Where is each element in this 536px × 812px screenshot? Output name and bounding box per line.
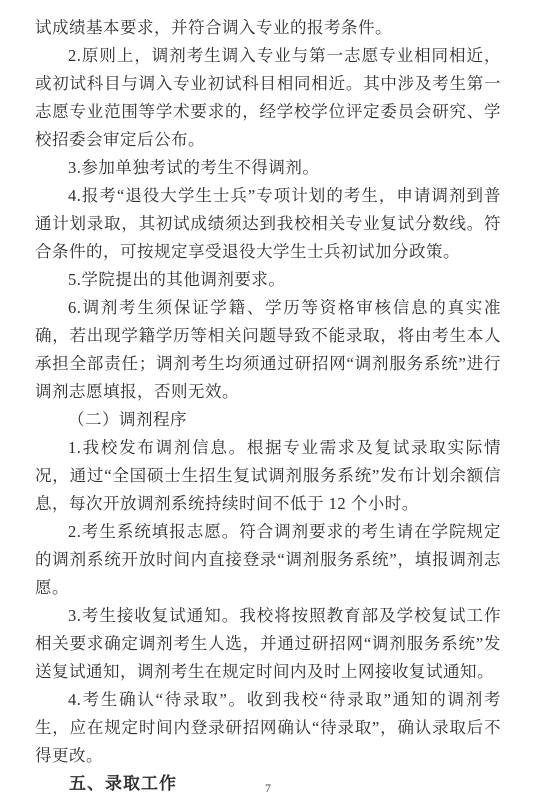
paragraph: 4.考生确认“待录取”。收到我校“待录取”通知的调剂考生，应在规定时间内登录研招… xyxy=(35,686,501,770)
paragraph: 1.我校发布调剂信息。根据专业需求及复试录取实际情况，通过“全国硕士生招生复试调… xyxy=(35,434,501,518)
paragraph: 3.考生接收复试通知。我校将按照教育部及学校复试工作相关要求确定调剂考生人选，并… xyxy=(35,602,501,686)
paragraph: 4.报考“退役大学生士兵”专项计划的考生，申请调剂到普通计划录取，其初试成绩须达… xyxy=(35,182,501,266)
paragraph: 6.调剂考生须保证学籍、学历等资格审核信息的真实准确，若出现学籍学历等相关问题导… xyxy=(35,294,501,406)
document-body: 试成绩基本要求，并符合调入专业的报考条件。 2.原则上，调剂考生调入专业与第一志… xyxy=(35,14,501,798)
paragraph: 5.学院提出的其他调剂要求。 xyxy=(35,266,501,294)
paragraph: 2.原则上，调剂考生调入专业与第一志愿专业相同相近，或初试科目与调入专业初试科目… xyxy=(35,42,501,154)
paragraph: （二）调剂程序 xyxy=(35,406,501,434)
page-footer: 7 xyxy=(0,781,536,796)
paragraph: 3.参加单独考试的考生不得调剂。 xyxy=(35,154,501,182)
page-number: 7 xyxy=(265,781,271,795)
paragraph: 试成绩基本要求，并符合调入专业的报考条件。 xyxy=(35,14,501,42)
paragraph: 2.考生系统填报志愿。符合调剂要求的考生请在学院规定的调剂系统开放时间内直接登录… xyxy=(35,518,501,602)
document-page: 试成绩基本要求，并符合调入专业的报考条件。 2.原则上，调剂考生调入专业与第一志… xyxy=(0,0,536,812)
